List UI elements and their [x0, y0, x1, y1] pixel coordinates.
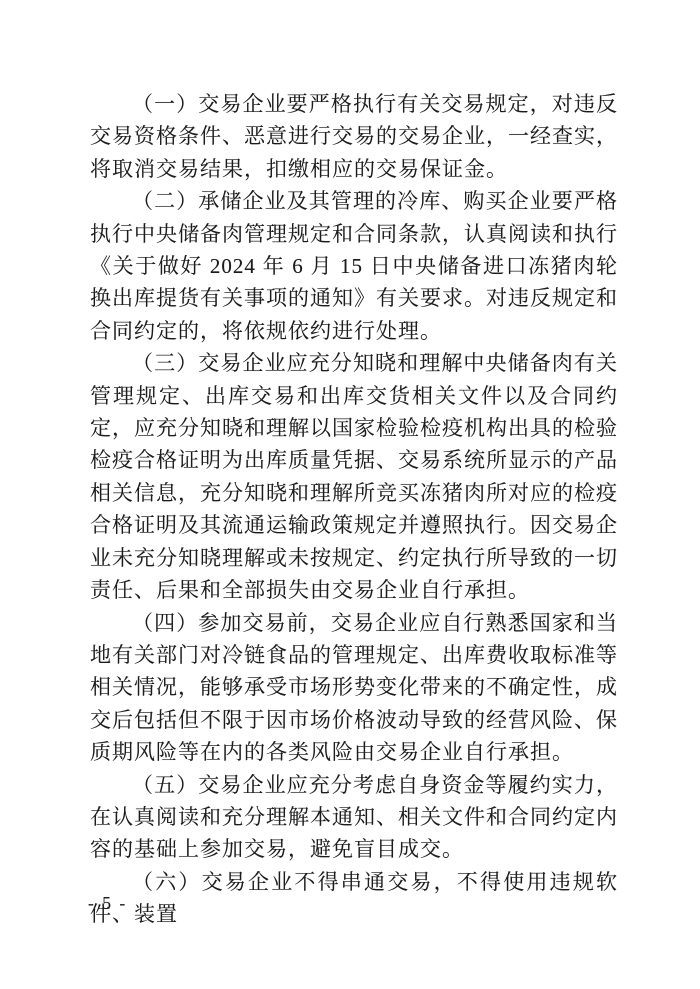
- clause-5-paragraph: （五）交易企业应充分考虑自身资金等履约实力，在认真阅读和充分理解本通知、相关文件…: [90, 769, 618, 866]
- clause-3-paragraph: （三）交易企业应充分知晓和理解中央储备肉有关管理规定、出库交易和出库交货相关文件…: [90, 347, 618, 606]
- document-page: （一）交易企业要严格执行有关交易规定，对违反交易资格条件、恶意进行交易的交易企业…: [0, 0, 700, 989]
- clause-4-paragraph: （四）参加交易前，交易企业应自行熟悉国家和当地有关部门对冷链食品的管理规定、出库…: [90, 607, 618, 769]
- page-number: - 5 -: [88, 893, 127, 914]
- clause-1-paragraph: （一）交易企业要严格执行有关交易规定，对违反交易资格条件、恶意进行交易的交易企业…: [90, 88, 618, 185]
- clause-2-paragraph: （二）承储企业及其管理的冷库、购买企业要严格执行中央储备肉管理规定和合同条款，认…: [90, 185, 618, 347]
- document-body: （一）交易企业要严格执行有关交易规定，对违反交易资格条件、恶意进行交易的交易企业…: [90, 88, 618, 931]
- clause-6-paragraph: （六）交易企业不得串通交易，不得使用违规软件、装置: [90, 866, 618, 931]
